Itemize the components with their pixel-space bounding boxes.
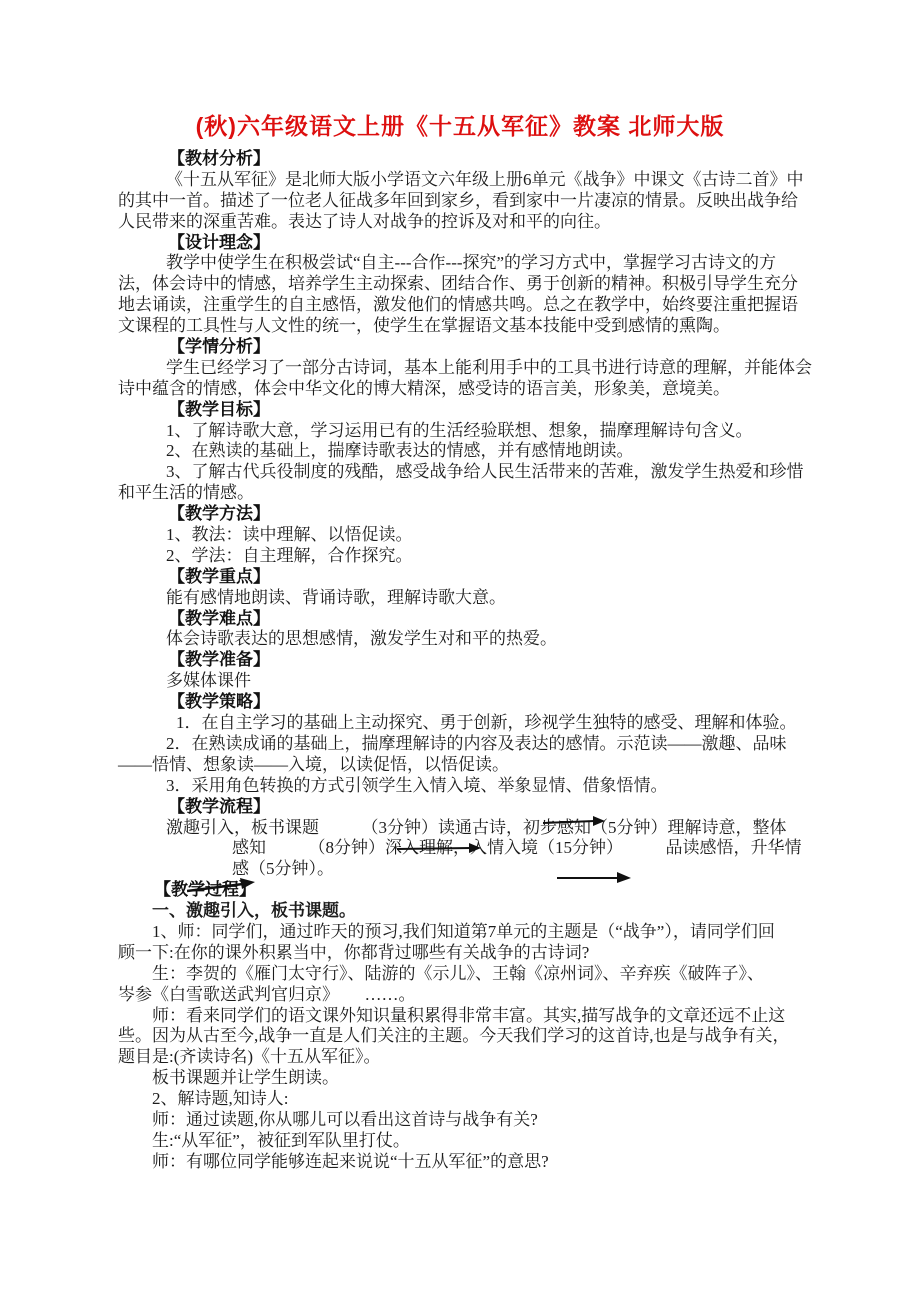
text-line: 1．在自主学习的基础上主动探究、勇于创新，珍视学生独特的感受、理解和体验。 [118, 713, 878, 734]
text-line: 体会诗歌表达的思想感情，激发学生对和平的热爱。 [118, 629, 878, 650]
text-line: 3、了解古代兵役制度的残酷，感受战争给人民生活带来的苦难，激发学生热爱和珍惜 [118, 462, 878, 483]
section-heading: 【教学过程】 [118, 880, 878, 901]
text-line: 1、师：同学们，通过昨天的预习,我们知道第7单元的主题是（“战争”），请同学们回 [118, 922, 878, 943]
section-heading: 【教学准备】 [118, 650, 878, 671]
document-page: (秋)六年级语文上册《十五从军征》教案 北师大版 【教材分析】《十五从军征》是北… [0, 0, 920, 1302]
text-line: 板书课题并让学生朗读。 [118, 1068, 878, 1089]
text-line: 2、解诗题,知诗人: [118, 1089, 878, 1110]
document-body: 【教材分析】《十五从军征》是北师大版小学语文六年级上册6单元《战争》中课文《古诗… [118, 149, 878, 1173]
text-line: 些。因为从古至今,战争一直是人们关注的主题。今天我们学习的这首诗,也是与战争有关… [118, 1026, 878, 1047]
text-line: 3．采用角色转换的方式引领学生入情入境、举象显情、借象悟情。 [118, 776, 878, 797]
section-heading: 【教学难点】 [118, 609, 878, 630]
section-heading: 【学情分析】 [118, 337, 878, 358]
section-heading: 【设计理念】 [118, 233, 878, 254]
text-line: 能有感情地朗读、背诵诗歌，理解诗歌大意。 [118, 588, 878, 609]
text-line: 学生已经学习了一部分古诗词，基本上能利用手中的工具书进行诗意的理解，并能体会 [118, 358, 878, 379]
text-line: 感（5分钟）。 [118, 859, 878, 880]
section-heading: 【教学策略】 [118, 692, 878, 713]
text-line: 师：有哪位同学能够连起来说说“十五从军征”的意思? [118, 1152, 878, 1173]
text-line: ——悟情、想象读——入境，以读促悟，以悟促读。 [118, 755, 878, 776]
section-heading: 【教学方法】 [118, 504, 878, 525]
document-title: (秋)六年级语文上册《十五从军征》教案 北师大版 [0, 108, 920, 141]
text-line: 题目是:(齐读诗名)《十五从军征》。 [118, 1047, 878, 1068]
text-line: 人民带来的深重苦难。表达了诗人对战争的控诉及对和平的向往。 [118, 212, 878, 233]
text-line: 诗中蕴含的情感，体会中华文化的博大精深，感受诗的语言美，形象美，意境美。 [118, 379, 878, 400]
text-line: 生:“从军征”，被征到军队里打仗。 [118, 1131, 878, 1152]
text-line: 岑参《白雪歌送武判官归京》 ……。 [118, 985, 878, 1006]
text-line: 师：通过读题,你从哪儿可以看出这首诗与战争有关? [118, 1110, 878, 1131]
section-heading: 【教学重点】 [118, 567, 878, 588]
text-line: 生：李贺的《雁门太守行》、陆游的《示儿》、王翰《凉州词》、辛弃疾《破阵子》、 [118, 964, 878, 985]
section-heading: 【教学流程】 [118, 797, 878, 818]
text-line: 感知 （8分钟）深入理解，入情入境（15分钟） 品读感悟，升华情 [118, 838, 878, 859]
text-line: 1、了解诗歌大意，学习运用已有的生活经验联想、想象，揣摩理解诗句含义。 [118, 421, 878, 442]
text-line: 文课程的工具性与人文性的统一，使学生在掌握语文基本技能中受到感情的熏陶。 [118, 316, 878, 337]
text-line: 《十五从军征》是北师大版小学语文六年级上册6单元《战争》中课文《古诗二首》中 [118, 170, 878, 191]
text-line: 法，体会诗中的情感，培养学生主动探索、团结合作、勇于创新的精神。积极引导学生充分 [118, 274, 878, 295]
text-line: 地去诵读，注重学生的自主感悟，激发他们的情感共鸣。总之在教学中，始终要注重把握语 [118, 295, 878, 316]
text-line: 1、教法：读中理解、以悟促读。 [118, 525, 878, 546]
text-line: 和平生活的情感。 [118, 483, 878, 504]
section-heading: 【教学目标】 [118, 400, 878, 421]
text-line: 2．在熟读成诵的基础上，揣摩理解诗的内容及表达的感情。示范读——激趣、品味 [118, 734, 878, 755]
text-line: 激趣引入，板书课题 （3分钟）读通古诗，初步感知（5分钟）理解诗意，整体 [118, 818, 878, 839]
section-heading: 【教材分析】 [118, 149, 878, 170]
text-line: 2、学法：自主理解，合作探究。 [118, 546, 878, 567]
text-line: 教学中使学生在积极尝试“自主---合作---探究”的学习方式中，掌握学习古诗文的… [118, 253, 878, 274]
text-line: 师：看来同学们的语文课外知识量积累得非常丰富。其实,描写战争的文章还远不止这 [118, 1006, 878, 1027]
text-line: 一、激趣引入，板书课题。 [118, 901, 878, 922]
text-line: 2、在熟读的基础上，揣摩诗歌表达的情感，并有感情地朗读。 [118, 441, 878, 462]
text-line: 多媒体课件 [118, 671, 878, 692]
text-line: 顾一下:在你的课外积累当中，你都背过哪些有关战争的古诗词? [118, 943, 878, 964]
text-line: 的其中一首。描述了一位老人征战多年回到家乡，看到家中一片凄凉的情景。反映出战争给 [118, 191, 878, 212]
